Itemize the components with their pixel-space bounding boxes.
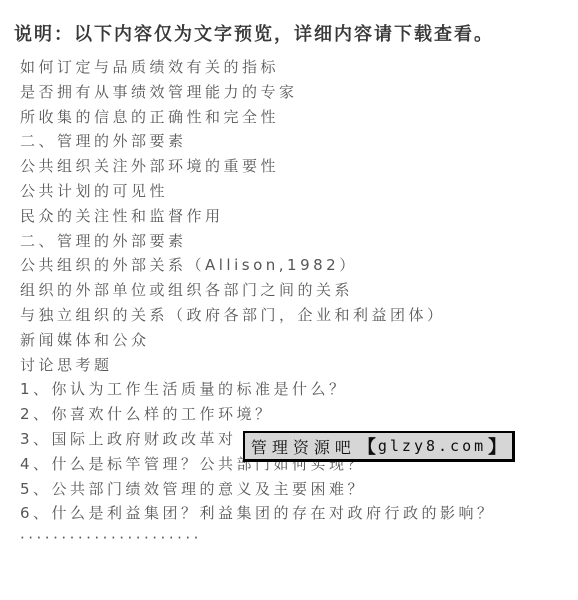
- watermark-box: 管理资源吧 【 glzy8.com 】: [243, 431, 515, 462]
- watermark-bracket-open-icon: 【: [358, 433, 376, 459]
- preview-line: 公共组织关注外部环境的重要性: [20, 154, 496, 179]
- preview-line: 所收集的信息的正确性和完全性: [20, 105, 496, 130]
- preview-lines: 如何订定与品质绩效有关的指标是否拥有从事绩效管理能力的专家所收集的信息的正确性和…: [20, 55, 496, 551]
- preview-line: 2、你喜欢什么样的工作环境？: [20, 402, 496, 427]
- preview-line: ······················: [20, 526, 496, 551]
- watermark-site-url: glzy8.com: [376, 437, 488, 455]
- preview-line: 公共计划的可见性: [20, 179, 496, 204]
- watermark-bracket-close-icon: 】: [488, 433, 506, 459]
- preview-line: 组织的外部单位或组织各部门之间的关系: [20, 278, 496, 303]
- preview-notice: 说明：以下内容仅为文字预览，详细内容请下载查看。: [14, 20, 494, 46]
- preview-line: 民众的关注性和监督作用: [20, 204, 496, 229]
- preview-line: 5、公共部门绩效管理的意义及主要困难？: [20, 477, 496, 502]
- preview-line: 如何订定与品质绩效有关的指标: [20, 55, 496, 80]
- preview-line: 公共组织的外部关系（Allison,1982）: [20, 253, 496, 278]
- preview-line: 6、什么是利益集团？利益集团的存在对政府行政的影响？: [20, 501, 496, 526]
- preview-line: 新闻媒体和公众: [20, 328, 496, 353]
- watermark-site-name: 管理资源吧: [251, 435, 356, 458]
- preview-line: 二、管理的外部要素: [20, 229, 496, 254]
- preview-line: 与独立组织的关系（政府各部门，企业和利益团体）: [20, 303, 496, 328]
- preview-line: 1、你认为工作生活质量的标准是什么？: [20, 377, 496, 402]
- preview-line: 二、管理的外部要素: [20, 129, 496, 154]
- preview-line: 讨论思考题: [20, 353, 496, 378]
- preview-line: 是否拥有从事绩效管理能力的专家: [20, 80, 496, 105]
